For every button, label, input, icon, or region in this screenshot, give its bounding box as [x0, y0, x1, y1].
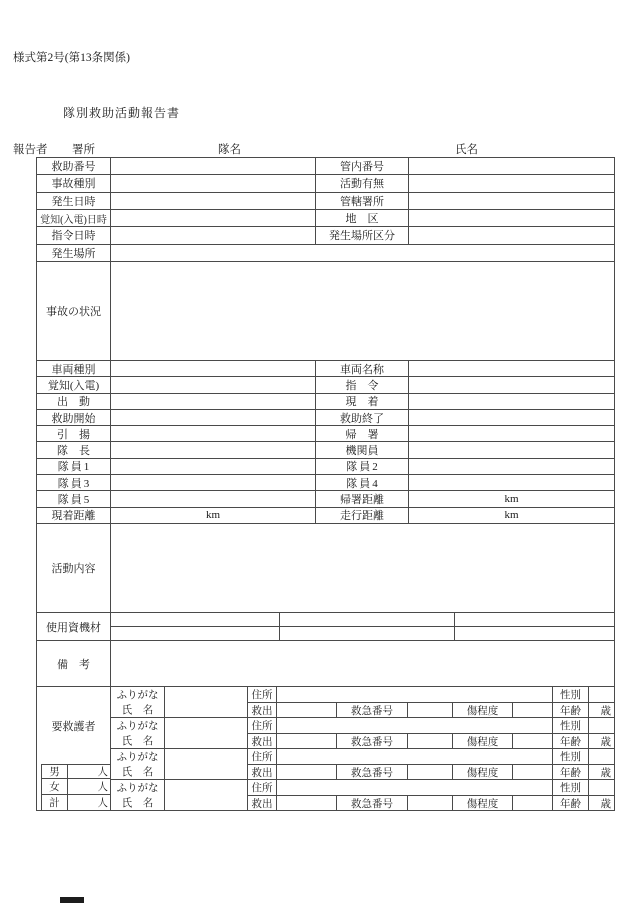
operation-section: 車両種別 車両名称 覚知(入電) 指 令 出 動 現 着 救助開始 救助終了 引… [37, 361, 614, 524]
rescue-field [277, 765, 337, 780]
address-field [277, 749, 553, 764]
label-arrival-distance: 現着距離 [37, 508, 111, 524]
label-gender: 性別 [553, 780, 589, 795]
label-rescue-start: 救助開始 [37, 410, 111, 426]
label-name: 氏 名 [111, 702, 164, 717]
station-label: 署所 [72, 141, 95, 157]
label-travel-distance: 走行距離 [316, 508, 409, 524]
member-3-field [111, 475, 316, 491]
table-row: 覚知(入電)日時 地 区 [37, 210, 614, 227]
awareness-datetime-field [111, 210, 316, 227]
label-address: 住所 [248, 687, 277, 702]
ems-number-field [408, 703, 453, 718]
gender-field [589, 687, 614, 702]
table-row: 引 揚 帰 署 [37, 426, 614, 442]
victim-detail-rows: 住所 性別 救出 救急番号 傷程度 年齢 歳 [248, 718, 614, 748]
label-equipment: 使用資機材 [37, 613, 111, 641]
engineer-field [409, 442, 614, 458]
table-row [111, 627, 614, 641]
member-4-field [409, 475, 614, 491]
jurisdiction-station-field [409, 193, 614, 210]
equipment-field [280, 613, 455, 627]
victims-left-column: 要救護者 男 人 女 人 計 人 [37, 687, 111, 810]
label-address: 住所 [248, 718, 277, 733]
gender-field [589, 780, 614, 795]
label-arrival-time: 現 着 [316, 394, 409, 410]
rescue-number-field [111, 158, 316, 175]
label-furigana-name: ふりがな 氏 名 [111, 780, 165, 810]
injury-degree-field [513, 703, 553, 718]
victim-block: ふりがな 氏 名 住所 性別 救出 救急番号 [111, 749, 614, 780]
arrival-time-field [409, 394, 614, 410]
label-ems-number: 救急番号 [337, 765, 408, 780]
member-2-field [409, 459, 614, 475]
form-number: 様式第2号(第13条関係) [13, 49, 130, 65]
label-address: 住所 [248, 780, 277, 795]
label-activity-presence: 活動有無 [316, 175, 409, 192]
rescue-field [277, 734, 337, 749]
label-ems-number: 救急番号 [337, 703, 408, 718]
remarks-section: 備 考 [37, 641, 614, 687]
label-accident-type: 事故種別 [37, 175, 111, 192]
injury-degree-field [513, 765, 553, 780]
vehicle-name-field [409, 361, 614, 377]
table-row: 男 人 [37, 764, 110, 779]
label-remarks: 備 考 [37, 641, 111, 687]
label-furigana: ふりがな [111, 718, 164, 733]
address-field [277, 718, 553, 733]
victim-block: ふりがな 氏 名 住所 性別 救出 救急番号 [111, 687, 614, 718]
table-row: 救出 救急番号 傷程度 年齢 歳 [248, 765, 614, 780]
label-rescue-end: 救助終了 [316, 410, 409, 426]
label-jurisdiction-station: 管轄署所 [316, 193, 409, 210]
label-rescue: 救出 [248, 765, 277, 780]
activity-presence-field [409, 175, 614, 192]
rescue-start-field [111, 410, 316, 426]
table-row: 発生日時 管轄署所 [37, 193, 614, 210]
victims-blocks: ふりがな 氏 名 住所 性別 救出 救急番号 [111, 687, 614, 810]
label-return-distance: 帰署距離 [316, 491, 409, 507]
member-5-field [111, 491, 316, 507]
label-female: 女 [42, 779, 68, 793]
table-row: 事故の状況 [37, 262, 614, 361]
address-field [277, 780, 553, 795]
label-withdrawal-time: 引 揚 [37, 426, 111, 442]
vehicle-type-field [111, 361, 316, 377]
accident-situation-section: 事故の状況 [37, 262, 614, 361]
label-order-time: 指 令 [316, 377, 409, 393]
form-page: { "page": { "form_number": "様式第2号(第13条関係… [0, 0, 630, 903]
ems-number-field [408, 734, 453, 749]
gender-field [589, 718, 614, 733]
label-activity-detail: 活動内容 [37, 524, 111, 613]
table-row: 女 人 [37, 779, 110, 794]
label-total: 計 [42, 795, 68, 810]
label-age: 年齢 [553, 734, 589, 749]
male-count-box: 男 人 [41, 764, 110, 779]
victim-detail-rows: 住所 性別 救出 救急番号 傷程度 年齢 歳 [248, 749, 614, 779]
equipment-field [111, 613, 280, 627]
ems-number-field [408, 765, 453, 780]
victim-detail-rows: 住所 性別 救出 救急番号 傷程度 年齢 歳 [248, 780, 614, 810]
equipment-grid [111, 613, 614, 641]
label-location-category: 発生場所区分 [316, 227, 409, 244]
label-rescue: 救出 [248, 734, 277, 749]
label-member-1: 隊員1 [37, 459, 111, 475]
awareness-time-field [111, 377, 316, 393]
table-row: 現着距離 km 走行距離 km [37, 508, 614, 524]
table-row: 救出 救急番号 傷程度 年齢 歳 [248, 734, 614, 749]
label-district: 地 区 [316, 210, 409, 227]
label-ems-number: 救急番号 [337, 734, 408, 749]
equipment-field [455, 627, 614, 641]
label-gender: 性別 [553, 687, 589, 702]
table-row: 備 考 [37, 641, 614, 687]
label-furigana-name: ふりがな 氏 名 [111, 718, 165, 748]
table-row: 住所 性別 [248, 749, 614, 765]
age-unit-label: 歳 [589, 703, 614, 718]
age-unit-label: 歳 [589, 734, 614, 749]
name-label: 氏名 [455, 141, 478, 157]
location-category-field [409, 227, 614, 244]
occurrence-datetime-field [111, 193, 316, 210]
remarks-field [111, 641, 614, 687]
male-count-field: 人 [68, 765, 110, 778]
arrival-distance-field: km [111, 508, 316, 524]
address-field [277, 687, 553, 702]
equipment-field [111, 627, 280, 641]
label-district-number: 管内番号 [316, 158, 409, 175]
district-field [409, 210, 614, 227]
occurrence-location-field [111, 245, 614, 262]
total-count-field: 人 [68, 795, 110, 810]
dispatch-time-field [111, 394, 316, 410]
victim-name-field [165, 780, 248, 810]
label-age: 年齢 [553, 703, 589, 718]
equipment-section: 使用資機材 [37, 613, 614, 641]
table-row [111, 613, 614, 627]
page-title: 隊別救助活動報告書 [63, 104, 180, 121]
female-count-box: 女 人 [41, 779, 110, 794]
label-vehicle-name: 車両名称 [316, 361, 409, 377]
age-unit-label: 歳 [589, 796, 614, 811]
incident-info-section: 救助番号 管内番号 事故種別 活動有無 発生日時 管轄署所 覚知(入電)日時 地… [37, 158, 614, 262]
label-age: 年齢 [553, 765, 589, 780]
rescue-report-table: 救助番号 管内番号 事故種別 活動有無 発生日時 管轄署所 覚知(入電)日時 地… [36, 157, 615, 811]
table-row: 住所 性別 [248, 718, 614, 734]
return-distance-field: km [409, 491, 614, 507]
squad-leader-field [111, 442, 316, 458]
total-count-box: 計 人 [41, 795, 110, 810]
table-row: 救出 救急番号 傷程度 年齢 歳 [248, 796, 614, 811]
table-row: 出 動 現 着 [37, 394, 614, 410]
table-row: 隊員5 帰署距離 km [37, 491, 614, 507]
label-member-3: 隊員3 [37, 475, 111, 491]
label-engineer: 機関員 [316, 442, 409, 458]
victim-name-field [165, 718, 248, 748]
female-count-field: 人 [68, 779, 110, 793]
label-injury-degree: 傷程度 [453, 796, 513, 811]
table-row: 救助番号 管内番号 [37, 158, 614, 175]
label-awareness-datetime: 覚知(入電)日時 [37, 210, 111, 227]
accident-situation-field [111, 262, 614, 361]
equipment-field [455, 613, 614, 627]
table-row: 活動内容 [37, 524, 614, 613]
label-injury-degree: 傷程度 [453, 734, 513, 749]
order-time-field [409, 377, 614, 393]
table-row: 事故種別 活動有無 [37, 175, 614, 192]
order-datetime-field [111, 227, 316, 244]
activity-detail-field [111, 524, 614, 613]
rescue-field [277, 703, 337, 718]
ems-number-field [408, 796, 453, 811]
table-row: 隊 長 機関員 [37, 442, 614, 458]
label-dispatch-time: 出 動 [37, 394, 111, 410]
member-1-field [111, 459, 316, 475]
label-injury-degree: 傷程度 [453, 703, 513, 718]
label-gender: 性別 [553, 749, 589, 764]
victim-detail-rows: 住所 性別 救出 救急番号 傷程度 年齢 歳 [248, 687, 614, 717]
reporter-label: 報告者 [13, 141, 48, 157]
label-name: 氏 名 [111, 764, 164, 779]
rescue-end-field [409, 410, 614, 426]
label-return-time: 帰 署 [316, 426, 409, 442]
victim-name-field [165, 749, 248, 779]
return-time-field [409, 426, 614, 442]
label-gender: 性別 [553, 718, 589, 733]
district-number-field [409, 158, 614, 175]
equipment-field [280, 627, 455, 641]
label-name: 氏 名 [111, 733, 164, 748]
activity-section: 活動内容 [37, 524, 614, 613]
travel-distance-field: km [409, 508, 614, 524]
victims-section: 要救護者 男 人 女 人 計 人 [37, 687, 614, 810]
label-furigana: ふりがな [111, 749, 164, 764]
label-name: 氏 名 [111, 795, 164, 810]
label-ems-number: 救急番号 [337, 796, 408, 811]
label-furigana: ふりがな [111, 780, 164, 795]
label-age: 年齢 [553, 796, 589, 811]
label-accident-situation: 事故の状況 [37, 262, 111, 361]
victim-block: ふりがな 氏 名 住所 性別 救出 救急番号 [111, 718, 614, 749]
label-rescue-number: 救助番号 [37, 158, 111, 175]
table-row: 住所 性別 [248, 687, 614, 703]
label-address: 住所 [248, 749, 277, 764]
squad-label: 隊名 [218, 141, 241, 157]
label-squad-leader: 隊 長 [37, 442, 111, 458]
victim-block: ふりがな 氏 名 住所 性別 救出 救急番号 [111, 780, 614, 810]
label-rescue: 救出 [248, 796, 277, 811]
table-row: 指令日時 発生場所区分 [37, 227, 614, 244]
victim-name-field [165, 687, 248, 717]
injury-degree-field [513, 734, 553, 749]
label-vehicle-type: 車両種別 [37, 361, 111, 377]
label-furigana-name: ふりがな 氏 名 [111, 687, 165, 717]
label-furigana-name: ふりがな 氏 名 [111, 749, 165, 779]
label-member-5: 隊員5 [37, 491, 111, 507]
table-row: 救助開始 救助終了 [37, 410, 614, 426]
withdrawal-time-field [111, 426, 316, 442]
page-edge-mark [60, 897, 84, 903]
table-row: 覚知(入電) 指 令 [37, 377, 614, 393]
gender-field [589, 749, 614, 764]
label-rescue: 救出 [248, 703, 277, 718]
table-row: 救出 救急番号 傷程度 年齢 歳 [248, 703, 614, 718]
label-injury-degree: 傷程度 [453, 765, 513, 780]
age-unit-label: 歳 [589, 765, 614, 780]
table-row: 計 人 [37, 795, 110, 810]
label-member-4: 隊員4 [316, 475, 409, 491]
injury-degree-field [513, 796, 553, 811]
table-row: 発生場所 [37, 245, 614, 262]
label-order-datetime: 指令日時 [37, 227, 111, 244]
table-row: 隊員3 隊員4 [37, 475, 614, 491]
label-occurrence-location: 発生場所 [37, 245, 111, 262]
table-row: 住所 性別 [248, 780, 614, 796]
label-victims: 要救護者 [37, 687, 110, 764]
rescue-field [277, 796, 337, 811]
label-member-2: 隊員2 [316, 459, 409, 475]
accident-type-field [111, 175, 316, 192]
table-row: 車両種別 車両名称 [37, 361, 614, 377]
label-awareness-time: 覚知(入電) [37, 377, 111, 393]
label-male: 男 [42, 765, 68, 778]
label-occurrence-datetime: 発生日時 [37, 193, 111, 210]
label-furigana: ふりがな [111, 687, 164, 702]
table-row: 隊員1 隊員2 [37, 459, 614, 475]
